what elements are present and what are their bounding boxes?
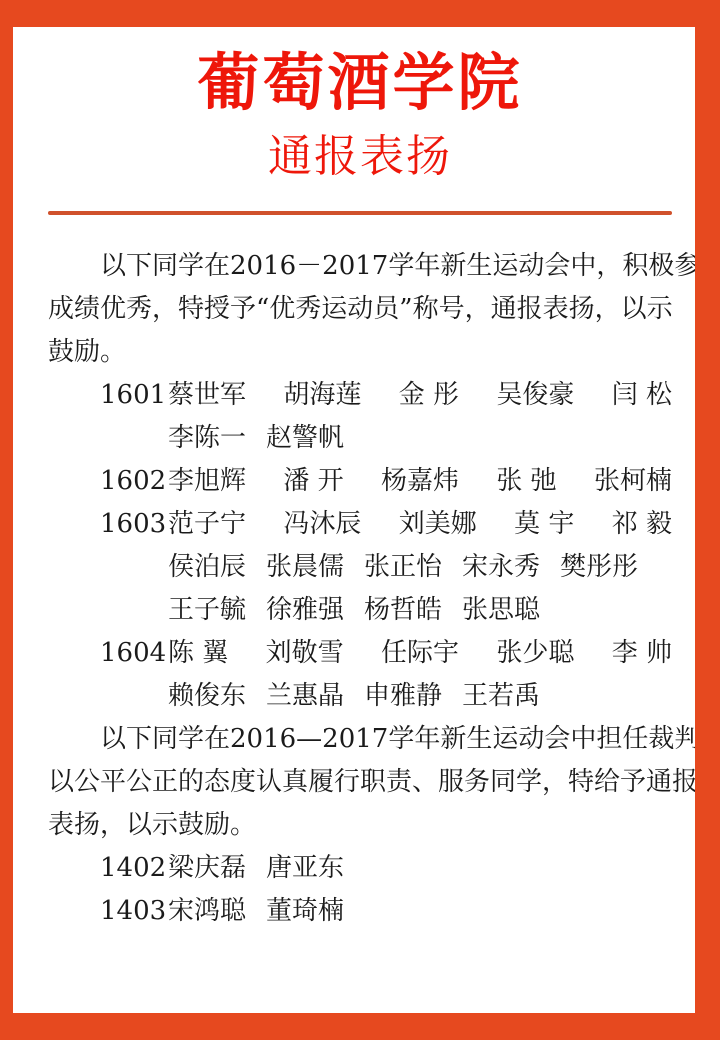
name-line: 侯泊辰张晨儒张正怡宋永秀樊彤彤 (168, 546, 672, 589)
student-name: 吴俊豪 (496, 374, 574, 417)
name-line: 梁庆磊唐亚东 (168, 847, 672, 890)
student-name: 赵警帆 (266, 417, 344, 460)
paragraph-line: 以公平公正的态度认真履行职责、服务同学，特给予通报 (48, 761, 672, 804)
roster-row: 1601蔡世军胡海莲金 彤吴俊豪闫 松 (48, 374, 672, 417)
student-name: 侯泊辰 (168, 546, 246, 589)
doc-subtitle: 通报表扬 (48, 129, 672, 185)
roster-row: 李陈一赵警帆 (48, 417, 672, 460)
roster-row: 赖俊东兰惠晶申雅静王若禹 (48, 675, 672, 718)
name-line: 蔡世军胡海莲金 彤吴俊豪闫 松 (168, 374, 672, 417)
student-name: 申雅静 (364, 675, 442, 718)
student-name: 杨哲皓 (364, 589, 442, 632)
student-name: 刘敬雪 (266, 632, 344, 675)
student-name: 樊彤彤 (560, 546, 638, 589)
name-line: 宋鸿聪董琦楠 (168, 890, 672, 933)
student-name: 金 彤 (399, 374, 459, 417)
roster-row: 1602李旭辉潘 开杨嘉炜张 弛张柯楠 (48, 460, 672, 503)
student-name: 冯沐辰 (283, 503, 361, 546)
student-name: 任际宇 (381, 632, 459, 675)
referees-paragraph: 以下同学在2016—2017学年新生运动会中担任裁判， 以公平公正的态度认真履行… (48, 718, 672, 847)
name-line: 陈 翼刘敬雪任际宇张少聪李 帅 (168, 632, 672, 675)
student-name: 兰惠晶 (266, 675, 344, 718)
class-number: 1604 (100, 632, 168, 675)
class-number: 1603 (100, 503, 168, 546)
student-name: 张少聪 (496, 632, 574, 675)
student-name: 胡海莲 (283, 374, 361, 417)
athletes-roster: 1601蔡世军胡海莲金 彤吴俊豪闫 松李陈一赵警帆1602李旭辉潘 开杨嘉炜张 … (48, 374, 672, 718)
class-number (100, 546, 168, 589)
commendation-page: 葡萄酒学院 通报表扬 以下同学在2016－2017学年新生运动会中，积极参与， … (0, 0, 720, 1040)
athletes-paragraph: 以下同学在2016－2017学年新生运动会中，积极参与， 成绩优秀，特授予“优秀… (48, 245, 672, 374)
name-line: 赖俊东兰惠晶申雅静王若禹 (168, 675, 672, 718)
student-name: 祁 毅 (612, 503, 672, 546)
student-name: 宋永秀 (462, 546, 540, 589)
roster-row: 王子毓徐雅强杨哲皓张思聪 (48, 589, 672, 632)
class-number (100, 675, 168, 718)
class-number: 1602 (100, 460, 168, 503)
document-body: 以下同学在2016－2017学年新生运动会中，积极参与， 成绩优秀，特授予“优秀… (48, 245, 672, 933)
paragraph-line: 成绩优秀，特授予“优秀运动员”称号，通报表扬，以示 (48, 288, 672, 331)
student-name: 张晨儒 (266, 546, 344, 589)
roster-row: 侯泊辰张晨儒张正怡宋永秀樊彤彤 (48, 546, 672, 589)
class-number (100, 417, 168, 460)
student-name: 梁庆磊 (168, 847, 246, 890)
name-line: 李陈一赵警帆 (168, 417, 672, 460)
student-name: 董琦楠 (266, 890, 344, 933)
referees-section: 以下同学在2016—2017学年新生运动会中担任裁判， 以公平公正的态度认真履行… (48, 718, 672, 933)
roster-row: 1603范子宁冯沐辰刘美娜莫 宇祁 毅 (48, 503, 672, 546)
student-name: 杨嘉炜 (381, 460, 459, 503)
class-number: 1402 (100, 847, 168, 890)
athletes-section: 以下同学在2016－2017学年新生运动会中，积极参与， 成绩优秀，特授予“优秀… (48, 245, 672, 718)
name-line: 王子毓徐雅强杨哲皓张思聪 (168, 589, 672, 632)
class-number: 1403 (100, 890, 168, 933)
student-name: 李 帅 (612, 632, 672, 675)
student-name: 莫 宇 (514, 503, 574, 546)
student-name: 李陈一 (168, 417, 246, 460)
paragraph-line: 鼓励。 (48, 331, 672, 374)
student-name: 张柯楠 (594, 460, 672, 503)
student-name: 李旭辉 (168, 460, 246, 503)
paragraph-line: 表扬，以示鼓励。 (48, 804, 672, 847)
student-name: 王若禹 (462, 675, 540, 718)
college-title: 葡萄酒学院 (48, 47, 672, 119)
roster-row: 1402梁庆磊唐亚东 (48, 847, 672, 890)
student-name: 张思聪 (462, 589, 540, 632)
name-line: 范子宁冯沐辰刘美娜莫 宇祁 毅 (168, 503, 672, 546)
student-name: 潘 开 (283, 460, 343, 503)
student-name: 徐雅强 (266, 589, 344, 632)
student-name: 赖俊东 (168, 675, 246, 718)
student-name: 张正怡 (364, 546, 442, 589)
paragraph-line: 以下同学在2016－2017学年新生运动会中，积极参与， (48, 245, 672, 288)
roster-row: 1403宋鸿聪董琦楠 (48, 890, 672, 933)
student-name: 王子毓 (168, 589, 246, 632)
horizontal-rule (48, 211, 672, 215)
student-name: 闫 松 (612, 374, 672, 417)
paragraph-line: 以下同学在2016—2017学年新生运动会中担任裁判， (48, 718, 672, 761)
student-name: 范子宁 (168, 503, 246, 546)
student-name: 刘美娜 (399, 503, 477, 546)
class-number (100, 589, 168, 632)
referees-roster: 1402梁庆磊唐亚东1403宋鸿聪董琦楠 (48, 847, 672, 933)
student-name: 陈 翼 (168, 632, 228, 675)
student-name: 唐亚东 (266, 847, 344, 890)
roster-row: 1604陈 翼刘敬雪任际宇张少聪李 帅 (48, 632, 672, 675)
student-name: 宋鸿聪 (168, 890, 246, 933)
class-number: 1601 (100, 374, 168, 417)
student-name: 蔡世军 (168, 374, 246, 417)
name-line: 李旭辉潘 开杨嘉炜张 弛张柯楠 (168, 460, 672, 503)
student-name: 张 弛 (496, 460, 556, 503)
